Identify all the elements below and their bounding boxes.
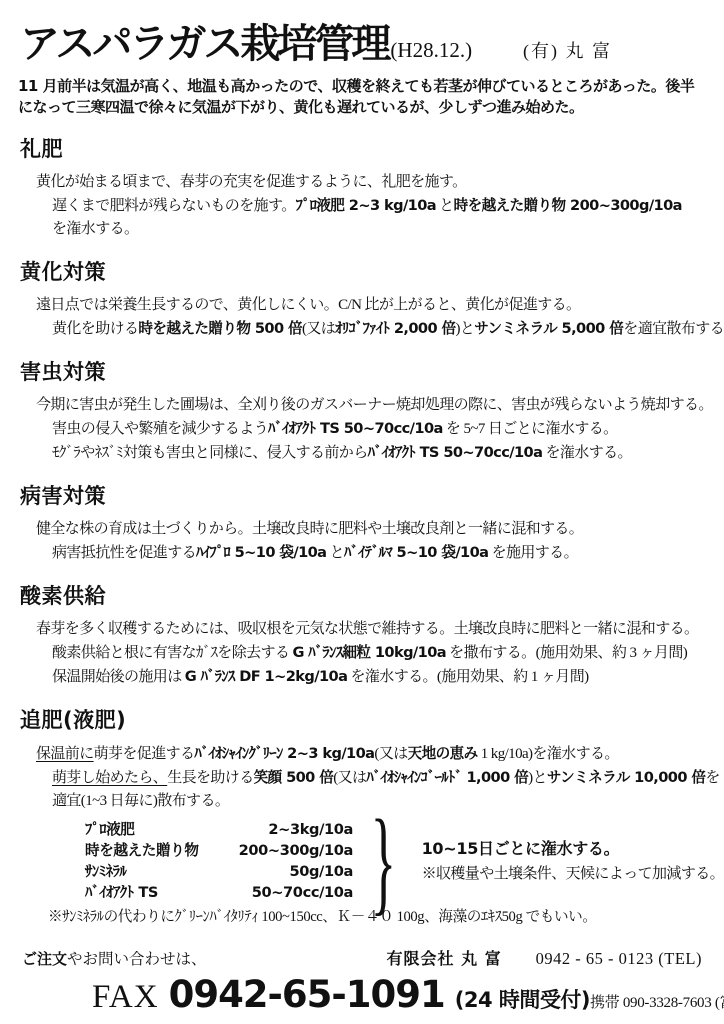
text-run: を潅水する。	[542, 445, 632, 461]
product-name: ﾌﾟﾛ液肥 2~3 kg/10a	[296, 197, 436, 214]
section-heading: 害虫対策	[20, 359, 724, 385]
product-name: サンミネラル 10,000 倍	[547, 769, 705, 786]
text-run: を	[705, 770, 719, 786]
text-run: 遅くまで肥料が残らないものを施す。	[52, 198, 296, 214]
edition-label: (H28.12.)	[390, 38, 472, 63]
text-run: (又は	[333, 770, 366, 786]
dose-amount: 200~300g/10a	[239, 840, 353, 861]
section-reihi: 礼肥 黄化が始まる頃まで、春芽の充実を促進するように、礼肥を施す。 遅くまで肥料…	[0, 136, 724, 241]
section-heading: 追肥(液肥)	[20, 707, 724, 733]
underlined-run: 萌芽し始めたら、	[52, 770, 167, 786]
footer-contact-row: ご注文 やお問い合わせは、 有限会社 丸 富 0942 - 65 - 0123 …	[0, 946, 724, 969]
body-line: 害虫の侵入や繁殖を減少するようﾊﾞｲｵｱｸﾄ TS 50~70cc/10a を …	[52, 417, 724, 441]
text-run: 春芽を多く収穫するためには、吸収根を元気な状態で維持する。土壌改良時に肥料と一緒…	[36, 621, 698, 637]
product-name: 時を越えた贈り物	[85, 840, 199, 861]
document-header: アスパラガス栽培管理 (H28.12.) (有) 丸 富	[0, 20, 724, 68]
dose-amount: 50g/10a	[290, 861, 353, 882]
text-run: 萌芽を促進する	[94, 746, 195, 762]
body-line: 今期に害虫が発生した圃場は、全刈り後のガスバーナー焼却処理の際に、害虫が残らない…	[36, 394, 724, 417]
contact-label: ご注文	[22, 948, 67, 969]
body-line: 健全な株の育成は土づくりから。土壌改良時に肥料や土壌改良剤と一緒に混和する。	[36, 518, 724, 541]
text-run: 保温開始後の施用は	[52, 669, 185, 685]
product-name: 天地の恵み	[408, 745, 478, 762]
product-name: ｵﾘｺﾞﾌｧｲﾄ 2,000 倍	[335, 320, 455, 337]
text-run: を 5~7 日ごとに潅水する。	[443, 421, 618, 437]
body-line: 遠日点では栄養生長するので、黄化しにくい。C/N 比が上がると、黄化が促進する。	[36, 294, 724, 317]
page-title: アスパラガス栽培管理	[20, 20, 388, 68]
underlined-run: 保温前に	[36, 746, 94, 762]
dose-amount: 50~70cc/10a	[252, 882, 353, 903]
footer-fax-row: FAX 0942-65-1091 (24 時間受付) 携帯 090-3328-7…	[0, 973, 724, 1016]
body-line: 保温開始後の施用は G ﾊﾞﾗﾝｽ DF 1~2kg/10a を潅水する。(施用…	[52, 665, 724, 689]
section-heading: 礼肥	[20, 136, 724, 162]
section-gaichu-taisaku: 害虫対策 今期に害虫が発生した圃場は、全刈り後のガスバーナー焼却処理の際に、害虫…	[0, 359, 724, 465]
table-row: ﾌﾟﾛ液肥 2~3kg/10a	[85, 819, 353, 840]
dose-table: ﾌﾟﾛ液肥 2~3kg/10a 時を越えた贈り物 200~300g/10a ｻﾝ…	[85, 819, 353, 903]
text-run: を潅水する。	[52, 221, 138, 237]
text-run: 1 kg/10a)を潅水する。	[478, 746, 619, 762]
fax-number: 0942-65-1091	[169, 973, 445, 1016]
text-run: を潅水する。(施用効果、約 1 ヶ月間)	[347, 669, 588, 685]
product-name: ﾊﾞｲｵｱｸﾄ TS 50~70cc/10a	[368, 444, 543, 461]
section-ouka-taisaku: 黄化対策 遠日点では栄養生長するので、黄化しにくい。C/N 比が上がると、黄化が…	[0, 259, 724, 341]
product-name: ﾊﾞｲｵｼｬｲﾝｸﾞﾘｰﾝ 2~3 kg/10a	[194, 745, 374, 762]
text-run: 病害抵抗性を促進する	[52, 545, 196, 561]
section-tsuihi: 追肥(液肥) 保温前に萌芽を促進するﾊﾞｲｵｼｬｲﾝｸﾞﾘｰﾝ 2~3 kg/1…	[0, 707, 724, 813]
tel-number: 0942 - 65 - 0123 (TEL)	[536, 949, 702, 969]
body-line: を潅水する。	[52, 218, 724, 241]
company-name: (有) 丸 富	[523, 37, 612, 63]
fax-label: FAX	[92, 979, 159, 1016]
text-run: )と	[528, 770, 547, 786]
product-name: ｻﾝﾐﾈﾗﾙ	[85, 861, 126, 882]
fax-hours: (24 時間受付)	[455, 984, 590, 1014]
product-name: 時を越えた贈り物 500 倍	[138, 320, 302, 337]
body-line: ﾓｸﾞﾗやﾈｽﾞﾐ対策も害虫と同様に、侵入する前からﾊﾞｲｵｱｸﾄ TS 50~…	[52, 441, 724, 465]
section-byogai-taisaku: 病害対策 健全な株の育成は土づくりから。土壌改良時に肥料や土壌改良剤と一緒に混和…	[0, 483, 724, 565]
body-line: 黄化を助ける時を越えた贈り物 500 倍(又はｵﾘｺﾞﾌｧｲﾄ 2,000 倍)…	[52, 317, 724, 341]
text-run: 適宜(1~3 日毎に)散布する。	[52, 793, 229, 809]
table-row: ﾊﾞｲｵｱｸﾄ TS 50~70cc/10a	[85, 882, 353, 903]
document-page: アスパラガス栽培管理 (H28.12.) (有) 丸 富 11 月前半は気温が高…	[0, 0, 724, 1024]
text-run: 黄化を助ける	[52, 321, 138, 337]
text-run: (又は	[302, 321, 335, 337]
body-line: 病害抵抗性を促進するﾊｲﾌﾟﾛ 5~10 袋/10a とﾊﾞｲﾃﾞﾙﾏ 5~10…	[52, 541, 724, 565]
product-name: G ﾊﾞﾗﾝｽ細粒 10kg/10a	[292, 644, 446, 661]
text-run: 遠日点では栄養生長するので、黄化しにくい。C/N 比が上がると、黄化が促進する。	[36, 297, 580, 313]
section-heading: 黄化対策	[20, 259, 724, 285]
table-row: 時を越えた贈り物 200~300g/10a	[85, 840, 353, 861]
text-run: を適宜散布する。	[623, 321, 724, 337]
text-run: (又は	[374, 746, 407, 762]
body-line: 黄化が始まる頃まで、春芽の充実を促進するように、礼肥を施す。	[36, 171, 724, 194]
text-run: 黄化が始まる頃まで、春芽の充実を促進するように、礼肥を施す。	[36, 174, 467, 190]
table-row: ｻﾝﾐﾈﾗﾙ 50g/10a	[85, 861, 353, 882]
text-run: 今期に害虫が発生した圃場は、全刈り後のガスバーナー焼却処理の際に、害虫が残らない…	[36, 397, 713, 413]
contact-text: やお問い合わせは、	[67, 947, 207, 969]
mobile-number: 携帯 090-3328-7603 (富松まで)	[590, 991, 724, 1012]
product-name: ﾊﾞｲｵｱｸﾄ TS 50~70cc/10a	[268, 420, 443, 437]
body-line: 萌芽し始めたら、生長を助ける笑顔 500 倍(又はﾊﾞｲｵｼｬｲﾝｺﾞｰﾙﾄﾞ …	[52, 766, 724, 790]
body-line: 遅くまで肥料が残らないものを施す。ﾌﾟﾛ液肥 2~3 kg/10a と時を越えた…	[52, 194, 724, 218]
product-name: ﾊﾞｲﾃﾞﾙﾏ 5~10 袋/10a	[344, 544, 488, 561]
text-run: ﾓｸﾞﾗやﾈｽﾞﾐ対策も害虫と同様に、侵入する前から	[52, 445, 368, 461]
section-heading: 酸素供給	[20, 583, 724, 609]
company-name-footer: 有限会社 丸 富	[387, 946, 502, 969]
text-run: 酸素供給と根に有害なｶﾞｽを除去する	[52, 645, 292, 661]
product-name: ﾊﾞｲｵｼｬｲﾝｺﾞｰﾙﾄﾞ 1,000 倍	[366, 769, 528, 786]
brace-glyph: }	[371, 819, 396, 903]
product-name: 笑顔 500 倍	[254, 769, 334, 786]
dose-table-block: ﾌﾟﾛ液肥 2~3kg/10a 時を越えた贈り物 200~300g/10a ｻﾝ…	[85, 819, 724, 903]
text-run: 害虫の侵入や繁殖を減少するよう	[52, 421, 268, 437]
product-name: ﾊﾞｲｵｱｸﾄ TS	[85, 882, 158, 903]
dose-notes: 10~15日ごとに潅水する。 ※収穫量や土壌条件、天候によって加減する。	[422, 837, 724, 886]
product-name: ﾊｲﾌﾟﾛ 5~10 袋/10a	[196, 544, 326, 561]
section-heading: 病害対策	[20, 483, 724, 509]
body-line: 保温前に萌芽を促進するﾊﾞｲｵｼｬｲﾝｸﾞﾘｰﾝ 2~3 kg/10a(又は天地…	[36, 742, 724, 766]
product-name: G ﾊﾞﾗﾝｽ DF 1~2kg/10a	[185, 668, 348, 685]
text-run: 生長を助ける	[167, 770, 253, 786]
intro-paragraph: 11 月前半は気温が高く、地温も高かったので、収穫を終えても若茎が伸びているとこ…	[18, 76, 706, 118]
product-name: サンミネラル 5,000 倍	[474, 320, 623, 337]
product-name: 時を越えた贈り物 200~300g/10a	[454, 197, 682, 214]
text-run: 健全な株の育成は土づくりから。土壌改良時に肥料や土壌改良剤と一緒に混和する。	[36, 521, 583, 537]
note-main: 10~15日ごとに潅水する。	[422, 837, 724, 861]
text-run: )と	[455, 321, 474, 337]
text-run: と	[326, 545, 344, 561]
body-line: 酸素供給と根に有害なｶﾞｽを除去する G ﾊﾞﾗﾝｽ細粒 10kg/10a を撒…	[52, 641, 724, 665]
text-run: を撒布する。(施用効果、約 3 ヶ月間)	[446, 645, 687, 661]
product-name: ﾌﾟﾛ液肥	[85, 819, 134, 840]
text-run: と	[436, 198, 454, 214]
body-line: 春芽を多く収穫するためには、吸収根を元気な状態で維持する。土壌改良時に肥料と一緒…	[36, 618, 724, 641]
text-run: を施用する。	[488, 545, 578, 561]
note-sub: ※収穫量や土壌条件、天候によって加減する。	[422, 863, 724, 886]
dose-amount: 2~3kg/10a	[268, 819, 353, 840]
section-sanso-kyokyu: 酸素供給 春芽を多く収穫するためには、吸収根を元気な状態で維持する。土壌改良時に…	[0, 583, 724, 689]
